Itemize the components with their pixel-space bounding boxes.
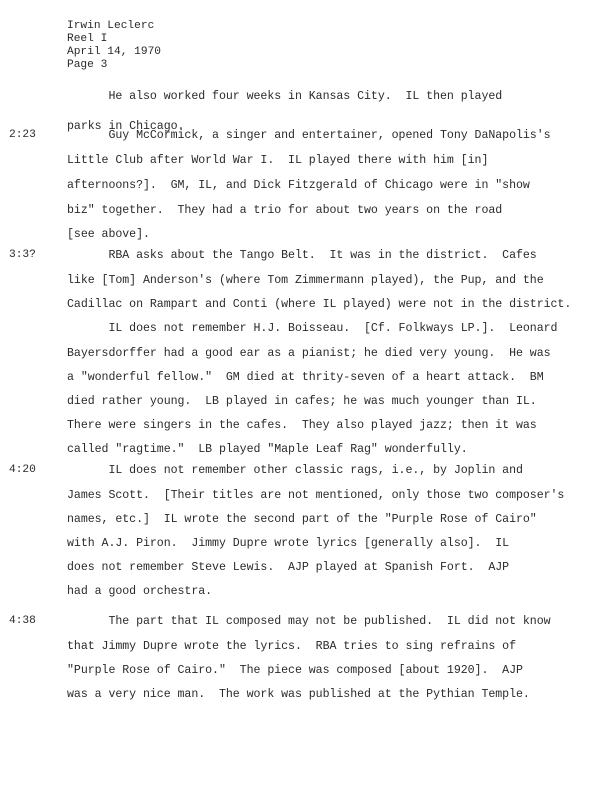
text-line: died rather young. LB played in cafes; h…	[67, 395, 537, 408]
text-line: biz" together. They had a trio for about…	[67, 204, 502, 217]
text-line: The part that IL composed may not be pub…	[67, 615, 551, 628]
page-number: Page 3	[67, 59, 161, 72]
text-line: There were singers in the cafes. They al…	[67, 419, 537, 432]
text-line: Guy McCormick, a singer and entertainer,…	[67, 129, 551, 142]
timestamp: 2:23	[9, 129, 36, 141]
text-line: was a very nice man. The work was publis…	[67, 688, 530, 701]
text-line: with A.J. Piron. Jimmy Dupre wrote lyric…	[67, 537, 509, 550]
text-line: Cadillac on Rampart and Conti (where IL …	[67, 298, 571, 311]
text-line: had a good orchestra.	[67, 585, 212, 598]
text-line: [see above].	[67, 228, 150, 241]
text-line: does not remember Steve Lewis. AJP playe…	[67, 561, 509, 574]
interview-date: April 14, 1970	[67, 46, 161, 59]
text-line: IL does not remember H.J. Boisseau. [Cf.…	[67, 322, 557, 335]
text-line: Little Club after World War I. IL played…	[67, 154, 488, 167]
text-line: a "wonderful fellow." GM died at thrity-…	[67, 371, 544, 384]
timestamp: 4:20	[9, 464, 36, 476]
timestamp: 4:38	[9, 615, 36, 627]
timestamp: 3:3?	[9, 249, 36, 261]
text-line: called "ragtime." LB played "Maple Leaf …	[67, 443, 468, 456]
document-header: Irwin Leclerc Reel I April 14, 1970 Page…	[67, 20, 161, 72]
interviewee-name: Irwin Leclerc	[67, 20, 161, 33]
text-line: afternoons?]. GM, IL, and Dick Fitzgeral…	[67, 179, 530, 192]
text-line: that Jimmy Dupre wrote the lyrics. RBA t…	[67, 640, 516, 653]
text-line: He also worked four weeks in Kansas City…	[67, 90, 502, 103]
text-line: IL does not remember other classic rags,…	[67, 464, 523, 477]
text-line: "Purple Rose of Cairo." The piece was co…	[67, 664, 523, 677]
text-line: Bayersdorffer had a good ear as a pianis…	[67, 347, 551, 360]
text-line: James Scott. [Their titles are not menti…	[67, 489, 564, 502]
text-line: names, etc.] IL wrote the second part of…	[67, 513, 537, 526]
reel-label: Reel I	[67, 33, 161, 46]
text-line: RBA asks about the Tango Belt. It was in…	[67, 249, 537, 262]
transcript-page: Irwin Leclerc Reel I April 14, 1970 Page…	[0, 0, 612, 792]
text-line: like [Tom] Anderson's (where Tom Zimmerm…	[67, 274, 544, 287]
